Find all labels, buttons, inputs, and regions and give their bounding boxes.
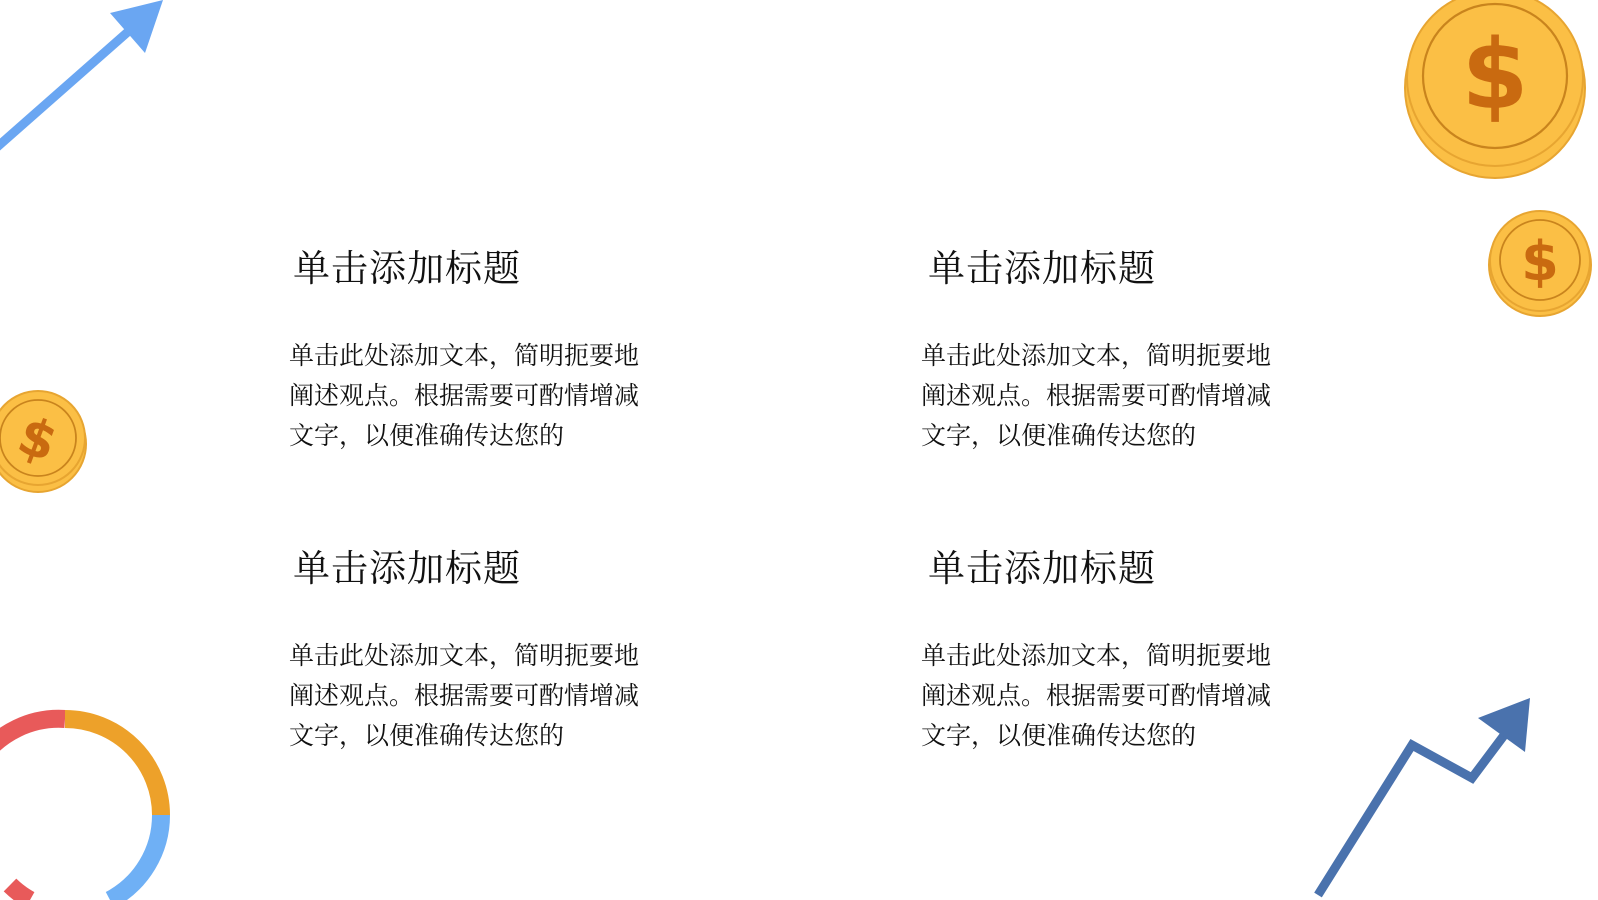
arrow-up-right-icon [0,0,170,160]
dollar-coin-icon: $ [1395,0,1598,185]
content-block-1: 单击添加标题 单击此处添加文本，简明扼要地阐述观点。根据需要可酌情增减文字，以便… [293,246,673,456]
block-title[interactable]: 单击添加标题 [293,246,673,292]
donut-ring-icon [0,700,200,900]
block-title[interactable]: 单击添加标题 [928,546,1308,592]
block-body-text[interactable]: 单击此处添加文本，简明扼要地阐述观点。根据需要可酌情增减文字，以便准确传达您的 [921,636,1291,756]
dollar-coin-icon: $ [1482,207,1598,319]
zigzag-trend-arrow-icon [1290,690,1550,900]
content-block-2: 单击添加标题 单击此处添加文本，简明扼要地阐述观点。根据需要可酌情增减文字，以便… [928,246,1308,456]
block-body-text[interactable]: 单击此处添加文本，简明扼要地阐述观点。根据需要可酌情增减文字，以便准确传达您的 [289,336,659,456]
content-block-3: 单击添加标题 单击此处添加文本，简明扼要地阐述观点。根据需要可酌情增减文字，以便… [293,546,673,756]
block-title[interactable]: 单击添加标题 [928,246,1308,292]
block-body-text[interactable]: 单击此处添加文本，简明扼要地阐述观点。根据需要可酌情增减文字，以便准确传达您的 [921,336,1291,456]
block-body-text[interactable]: 单击此处添加文本，简明扼要地阐述观点。根据需要可酌情增减文字，以便准确传达您的 [289,636,659,756]
svg-text:$: $ [1521,230,1559,293]
content-block-4: 单击添加标题 单击此处添加文本，简明扼要地阐述观点。根据需要可酌情增减文字，以便… [928,546,1308,756]
block-title[interactable]: 单击添加标题 [293,546,673,592]
dollar-coin-icon: $ [0,388,93,496]
svg-text:$: $ [1462,19,1529,131]
